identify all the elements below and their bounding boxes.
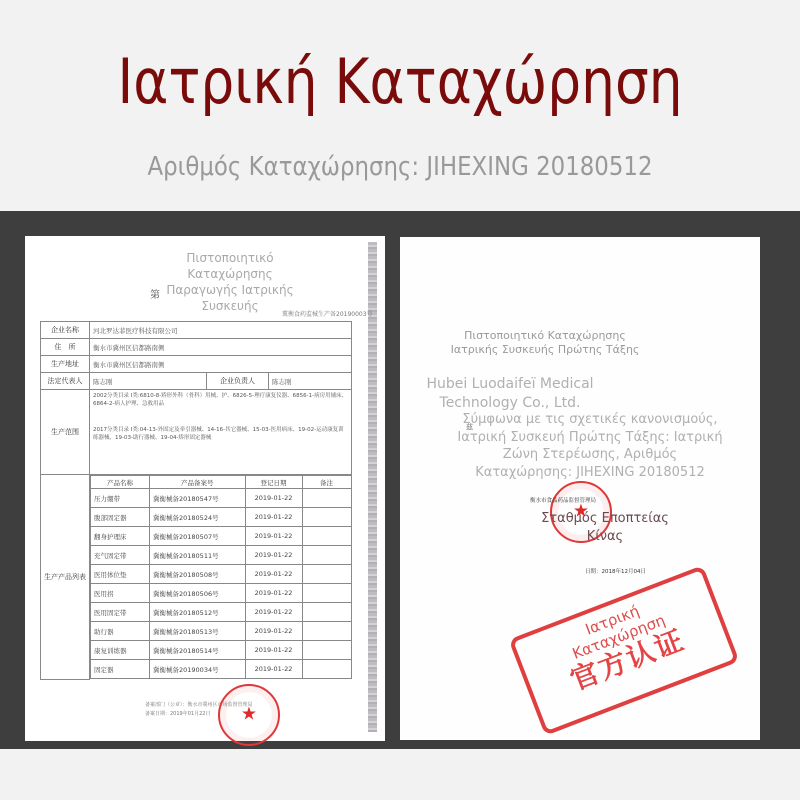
row-label: 企业负责人 <box>207 373 269 390</box>
row-label: 企业名称 <box>41 322 90 339</box>
production-filing-certificate: 第 冀衡食药监械生产备20190003号 Πιστοποιητικό Καταχ… <box>25 236 385 741</box>
table-row: 压力绷带冀衡械备20180547号2019-01-22 <box>91 489 352 508</box>
product-name: 充气固定带 <box>91 546 150 565</box>
company-name: Hubei Luodaifeï Medical Technology Co., … <box>420 375 600 413</box>
certificate-watermark: Πιστοποιητικό Καταχώρησης Παραγωγής Ιατρ… <box>165 250 295 314</box>
row-value: 陈志刚 <box>90 373 207 390</box>
product-name: 医用固定带 <box>91 603 150 622</box>
product-note <box>302 546 351 565</box>
official-seal: ★ <box>218 684 280 746</box>
product-date: 2019-01-22 <box>245 622 302 641</box>
product-record-number: 冀衡械备20180524号 <box>150 508 246 527</box>
product-note <box>302 489 351 508</box>
product-note <box>302 508 351 527</box>
product-name: 医用体位垫 <box>91 565 150 584</box>
header-banner: Ιατρική Καταχώρηση Αριθμός Καταχώρησης: … <box>0 0 800 211</box>
row-label: 法定代表人 <box>41 373 90 390</box>
table-row: 充气固定带冀衡械备20180511号2019-01-22 <box>91 546 352 565</box>
product-record-number: 冀衡械备20180506号 <box>150 584 246 603</box>
product-name: 医用拐 <box>91 584 150 603</box>
product-record-number: 冀衡械备20180508号 <box>150 565 246 584</box>
product-record-number: 冀衡械备20180511号 <box>150 546 246 565</box>
row-value: 衡水市冀州区信都路南侧 <box>90 356 352 373</box>
table-row: 住 所 衡水市冀州区信都路南侧 <box>41 339 352 356</box>
table-row: 法定代表人 陈志刚 企业负责人 陈志刚 <box>41 373 352 390</box>
scope-text: 2017分类目录 Ⅰ类:04-13-外固定及牵引器械、14-16-其它器械、15… <box>93 426 348 442</box>
table-row: 翻身护理床冀衡械备20180507号2019-01-22 <box>91 527 352 546</box>
table-row: 医用拐冀衡械备20180506号2019-01-22 <box>91 584 352 603</box>
certificate-body-text: Σύμφωνα με τις σχετικές κανονισμούς, Ιατ… <box>455 411 725 481</box>
table-row: 生产范围 2002分类目录 Ⅰ类:6810-8-矫形外科（骨科）用械、护、682… <box>41 390 352 475</box>
documents-stage: 第 冀衡食药监械生产备20190003号 Πιστοποιητικό Καταχ… <box>0 211 800 749</box>
product-name: 腹部固定器 <box>91 508 150 527</box>
products-cell: 产品名称 产品备案号 登记日期 备注 压力绷带冀衡械备20180547号2019… <box>90 475 352 680</box>
table-row: 腹部固定器冀衡械备20180524号2019-01-22 <box>91 508 352 527</box>
row-label: 生产范围 <box>41 390 90 475</box>
certificate-number: 冀衡食药监械生产备20190003号 <box>282 309 373 318</box>
certificate-number-prefix: 第 <box>150 286 160 301</box>
product-name: 康复训练器 <box>91 641 150 660</box>
product-date: 2019-01-22 <box>245 489 302 508</box>
issuing-authority-cn: 衡水市食品药品监督管理局 <box>530 496 596 504</box>
registration-number: Αριθμός Καταχώρησης: JIHEXING 20180512 <box>48 150 752 184</box>
product-note <box>302 527 351 546</box>
table-header: 产品名称 产品备案号 登记日期 备注 <box>91 476 352 489</box>
page-title: Ιατρική Καταχώρηση <box>56 42 744 122</box>
company-info-table: 企业名称 河北罗达菲医疗科技有限公司 住 所 衡水市冀州区信都路南侧 生产地址 … <box>40 321 352 680</box>
column-header: 备注 <box>302 476 351 489</box>
product-record-number: 冀衡械备20180512号 <box>150 603 246 622</box>
product-note <box>302 584 351 603</box>
production-scope: 2002分类目录 Ⅰ类:6810-8-矫形外科（骨科）用械、护、6826-5-理… <box>90 390 352 475</box>
product-record-number: 冀衡械备20190034号 <box>150 660 246 679</box>
issue-date: 日期：2018年12月04日 <box>585 567 646 575</box>
issuing-authority: Σταθμός Εποπτείας Κίνας <box>540 510 670 546</box>
table-row: 医用固定带冀衡械备20180512号2019-01-22 <box>91 603 352 622</box>
product-note <box>302 641 351 660</box>
product-note <box>302 622 351 641</box>
product-date: 2019-01-22 <box>245 565 302 584</box>
column-header: 产品名称 <box>91 476 150 489</box>
product-note <box>302 565 351 584</box>
table-row: 康复训练器冀衡械备20180514号2019-01-22 <box>91 641 352 660</box>
product-name: 翻身护理床 <box>91 527 150 546</box>
row-label: 生产地址 <box>41 356 90 373</box>
table-row: 固定器冀衡械备20190034号2019-01-22 <box>91 660 352 679</box>
product-name: 助行器 <box>91 622 150 641</box>
table-row: 企业名称 河北罗达菲医疗科技有限公司 <box>41 322 352 339</box>
scope-text: 2002分类目录 Ⅰ类:6810-8-矫形外科（骨科）用械、护、6826-5-理… <box>93 392 348 408</box>
product-date: 2019-01-22 <box>245 527 302 546</box>
product-note <box>302 603 351 622</box>
product-date: 2019-01-22 <box>245 641 302 660</box>
product-date: 2019-01-22 <box>245 603 302 622</box>
product-date: 2019-01-22 <box>245 584 302 603</box>
table-row: 医用体位垫冀衡械备20180508号2019-01-22 <box>91 565 352 584</box>
table-row: 生产地址 衡水市冀州区信都路南侧 <box>41 356 352 373</box>
table-row: 助行器冀衡械备20180513号2019-01-22 <box>91 622 352 641</box>
product-record-number: 冀衡械备20180514号 <box>150 641 246 660</box>
products-table: 产品名称 产品备案号 登记日期 备注 压力绷带冀衡械备20180547号2019… <box>90 475 352 679</box>
row-label: 生产产品列表 <box>41 475 90 680</box>
footer-band <box>0 749 800 800</box>
product-date: 2019-01-22 <box>245 660 302 679</box>
column-header: 产品备案号 <box>150 476 246 489</box>
class-one-registration-certificate: Πιστοποιητικό Καταχώρησης Ιατρικής Συσκε… <box>400 237 760 740</box>
product-name: 压力绷带 <box>91 489 150 508</box>
product-record-number: 冀衡械备20180507号 <box>150 527 246 546</box>
row-value: 陈志刚 <box>269 373 352 390</box>
product-date: 2019-01-22 <box>245 508 302 527</box>
row-label: 住 所 <box>41 339 90 356</box>
table-row: 生产产品列表 产品名称 产品备案号 登记日期 备注 压力绷带冀衡械备201805… <box>41 475 352 680</box>
column-header: 登记日期 <box>245 476 302 489</box>
product-record-number: 冀衡械备20180547号 <box>150 489 246 508</box>
product-note <box>302 660 351 679</box>
row-value: 河北罗达菲医疗科技有限公司 <box>90 322 352 339</box>
product-date: 2019-01-22 <box>245 546 302 565</box>
product-name: 固定器 <box>91 660 150 679</box>
official-certification-stamp: Ιατρική Καταχώρηση 官方认证 <box>508 565 739 736</box>
certificate-watermark: Πιστοποιητικό Καταχώρησης Ιατρικής Συσκε… <box>445 329 645 357</box>
row-value: 衡水市冀州区信都路南侧 <box>90 339 352 356</box>
product-record-number: 冀衡械备20180513号 <box>150 622 246 641</box>
star-icon: ★ <box>241 703 257 724</box>
